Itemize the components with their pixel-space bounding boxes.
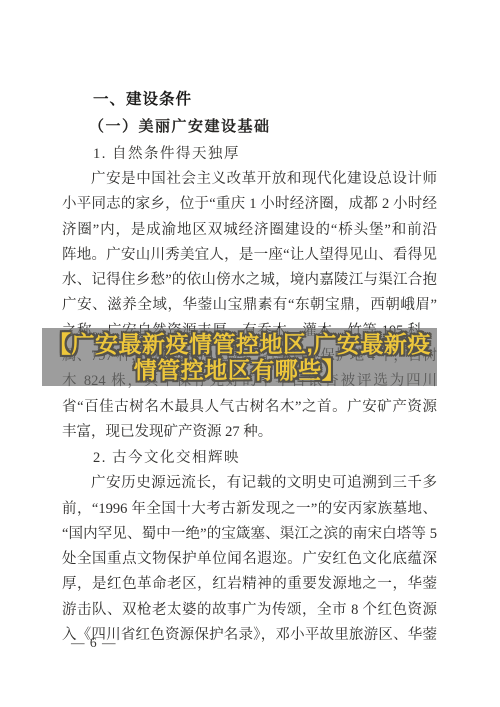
subsection-heading: （一）美丽广安建设基础 [62, 114, 437, 141]
text-line: 济圈”内，是成渝地区双城经济圈建设的“桥头堡”和前沿 [62, 218, 437, 243]
text-line: 省“百佳古树名木最具人气古树名木”之首。广安矿产资源 [62, 395, 437, 420]
document-page: 一、建设条件（一）美丽广安建设基础1. 自然条件得天独厚广安是中国社会主义改革开… [0, 0, 500, 707]
text-line: 前，“1996 年全国十大考古新发现之一”的安丙家族墓地、 [62, 497, 437, 522]
overlay-text-line-1: 【广安最新疫情管控地区,广安最新疫 [48, 331, 431, 358]
item-heading-2: 2. 古今文化交相辉映 [62, 445, 437, 471]
text-line: 丰富，现已发现矿产资源 27 种。 [62, 420, 437, 445]
overlay-text-line-2: 情管控地区有哪些】 [134, 357, 346, 384]
text-line: 处全国重点文物保护单位闻名遐迩。广安红色文化底蕴深 [62, 547, 437, 572]
text-line: 入《四川省红色资源保护名录》，邓小平故里旅游区、华蓥 [62, 623, 437, 648]
text-line: 水、记得住乡愁”的依山傍水之城，境内嘉陵江与渠江合抱 [62, 268, 437, 293]
text-line: 广安是中国社会主义改革开放和现代化建设总设计师邓 [62, 167, 437, 192]
text-line: “国内罕见、蜀中一绝”的宝箴塞、渠江之滨的南宋白塔等 5 [62, 522, 437, 547]
text-line: 广安历史源远流长，有记载的文明史可追溯到三千多年 [62, 471, 437, 496]
overlay-banner: 【广安最新疫情管控地区,广安最新疫 情管控地区有哪些】 [42, 328, 437, 386]
text-line: 小平同志的家乡，位于“重庆 1 小时经济圈，成都 2 小时经 [62, 192, 437, 217]
page-number: — 6 — [71, 635, 117, 651]
item-heading-1: 1. 自然条件得天独厚 [62, 141, 437, 167]
text-line: 阵地。广安山川秀美宜人，是一座“让人望得见山、看得见 [62, 243, 437, 268]
text-line: 游击队、双枪老太婆的故事广为传颂，全市 8 个红色资源纳 [62, 598, 437, 623]
section-heading: 一、建设条件 [62, 86, 437, 114]
text-line: 广安、滋养全域，华蓥山宝鼎素有“东朝宝鼎，西朝峨眉” [62, 293, 437, 318]
text-line: 厚，是红色革命老区，红岩精神的重要发源地之一，华蓥山 [62, 572, 437, 597]
